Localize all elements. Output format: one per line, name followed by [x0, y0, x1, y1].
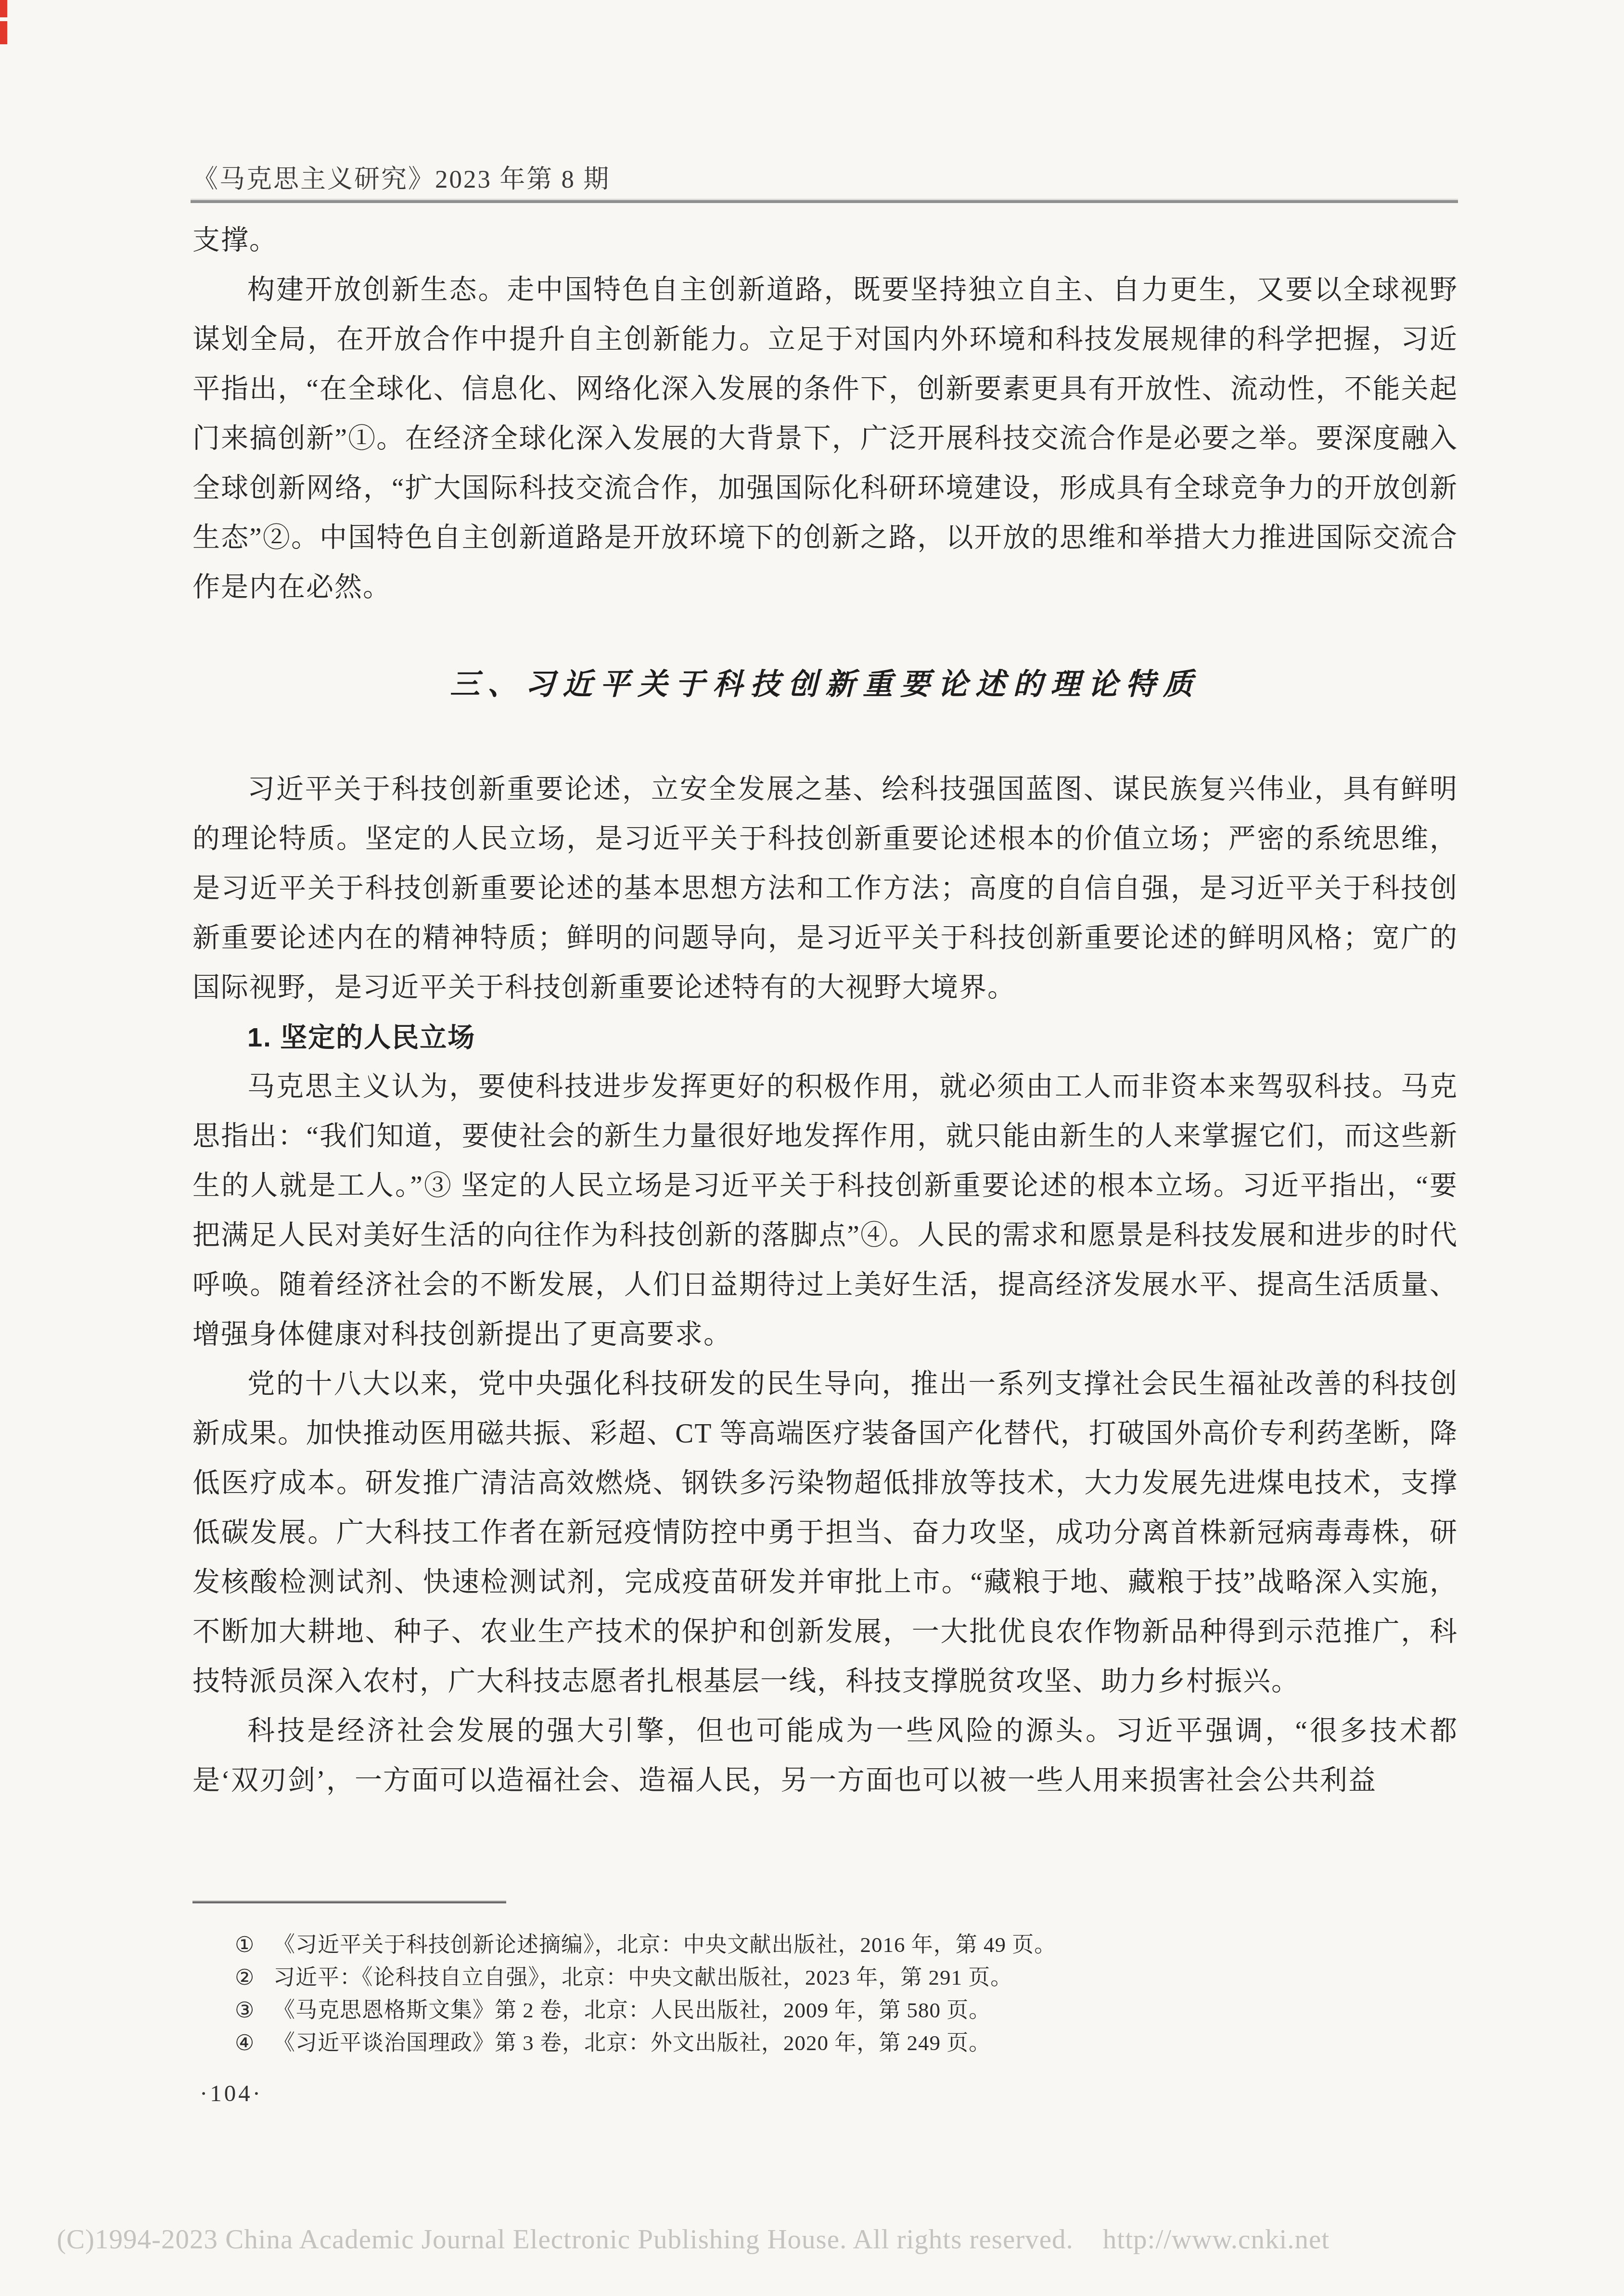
cnki-copyright-watermark: (C)1994-2023 China Academic Journal Elec…: [57, 2224, 1330, 2255]
footnote-2-text: 习近平：《论科技自立自强》，北京：中央文献出版社，2023 年，第 291 页。: [273, 1961, 1458, 1994]
subsection-heading-1: 1. 坚定的人民立场: [192, 1012, 1458, 1062]
footnote-3-marker: ③: [235, 1994, 273, 2027]
header-divider: [191, 199, 1458, 203]
footnote-4: ④ 《习近平谈治国理政》第 3 卷，北京：外文出版社，2020 年，第 249 …: [192, 2027, 1458, 2059]
footnote-section: ① 《习近平关于科技创新论述摘编》，北京：中央文献出版社，2016 年，第 49…: [192, 1901, 1458, 2059]
paragraph-theory-traits: 习近平关于科技创新重要论述，立安全发展之基、绘科技强国蓝图、谋民族复兴伟业，具有…: [192, 765, 1458, 1012]
footnote-list: ① 《习近平关于科技创新论述摘编》，北京：中央文献出版社，2016 年，第 49…: [192, 1928, 1458, 2059]
footnote-3: ③ 《马克思恩格斯文集》第 2 卷，北京：人民出版社，2009 年，第 580 …: [192, 1994, 1458, 2027]
paragraph-18th-congress: 党的十八大以来，党中央强化科技研发的民生导向，推出一系列支撑社会民生福祉改善的科…: [192, 1359, 1458, 1706]
page-number: ·104·: [200, 2079, 263, 2107]
footnote-2-marker: ②: [235, 1961, 273, 1994]
article-body: 支撑。 构建开放创新生态。走中国特色自主创新道路，既要坚持独立自主、自力更生，又…: [192, 216, 1458, 1805]
section-heading-3: 三、习近平关于科技创新重要论述的理论特质: [192, 662, 1458, 708]
journal-issue-header: 《马克思主义研究》2023 年第 8 期: [192, 159, 610, 195]
paragraph-open-innovation-ecosystem: 构建开放创新生态。走中国特色自主创新道路，既要坚持独立自主、自力更生，又要以全球…: [192, 265, 1458, 612]
paragraph-double-edged-sword: 科技是经济社会发展的强大引擎，但也可能成为一些风险的源头。习近平强调，“很多技术…: [192, 1706, 1458, 1805]
footnote-4-marker: ④: [235, 2027, 273, 2059]
scan-corner-artifact: [0, 0, 7, 44]
footnote-1-text: 《习近平关于科技创新论述摘编》，北京：中央文献出版社，2016 年，第 49 页…: [273, 1928, 1458, 1961]
footnote-divider: [192, 1901, 506, 1903]
footnote-1: ① 《习近平关于科技创新论述摘编》，北京：中央文献出版社，2016 年，第 49…: [192, 1928, 1458, 1961]
footnote-4-text: 《习近平谈治国理政》第 3 卷，北京：外文出版社，2020 年，第 249 页。: [273, 2027, 1458, 2059]
footnote-3-text: 《马克思恩格斯文集》第 2 卷，北京：人民出版社，2009 年，第 580 页。: [273, 1994, 1458, 2027]
paragraph-marxism-view: 马克思主义认为，要使科技进步发挥更好的积极作用，就必须由工人而非资本来驾驭科技。…: [192, 1062, 1458, 1359]
journal-page: 《马克思主义研究》2023 年第 8 期 支撑。 构建开放创新生态。走中国特色自…: [0, 0, 1624, 2296]
footnote-1-marker: ①: [235, 1928, 273, 1961]
footnote-2: ② 习近平：《论科技自立自强》，北京：中央文献出版社，2023 年，第 291 …: [192, 1961, 1458, 1994]
carryover-line: 支撑。: [192, 216, 1458, 265]
